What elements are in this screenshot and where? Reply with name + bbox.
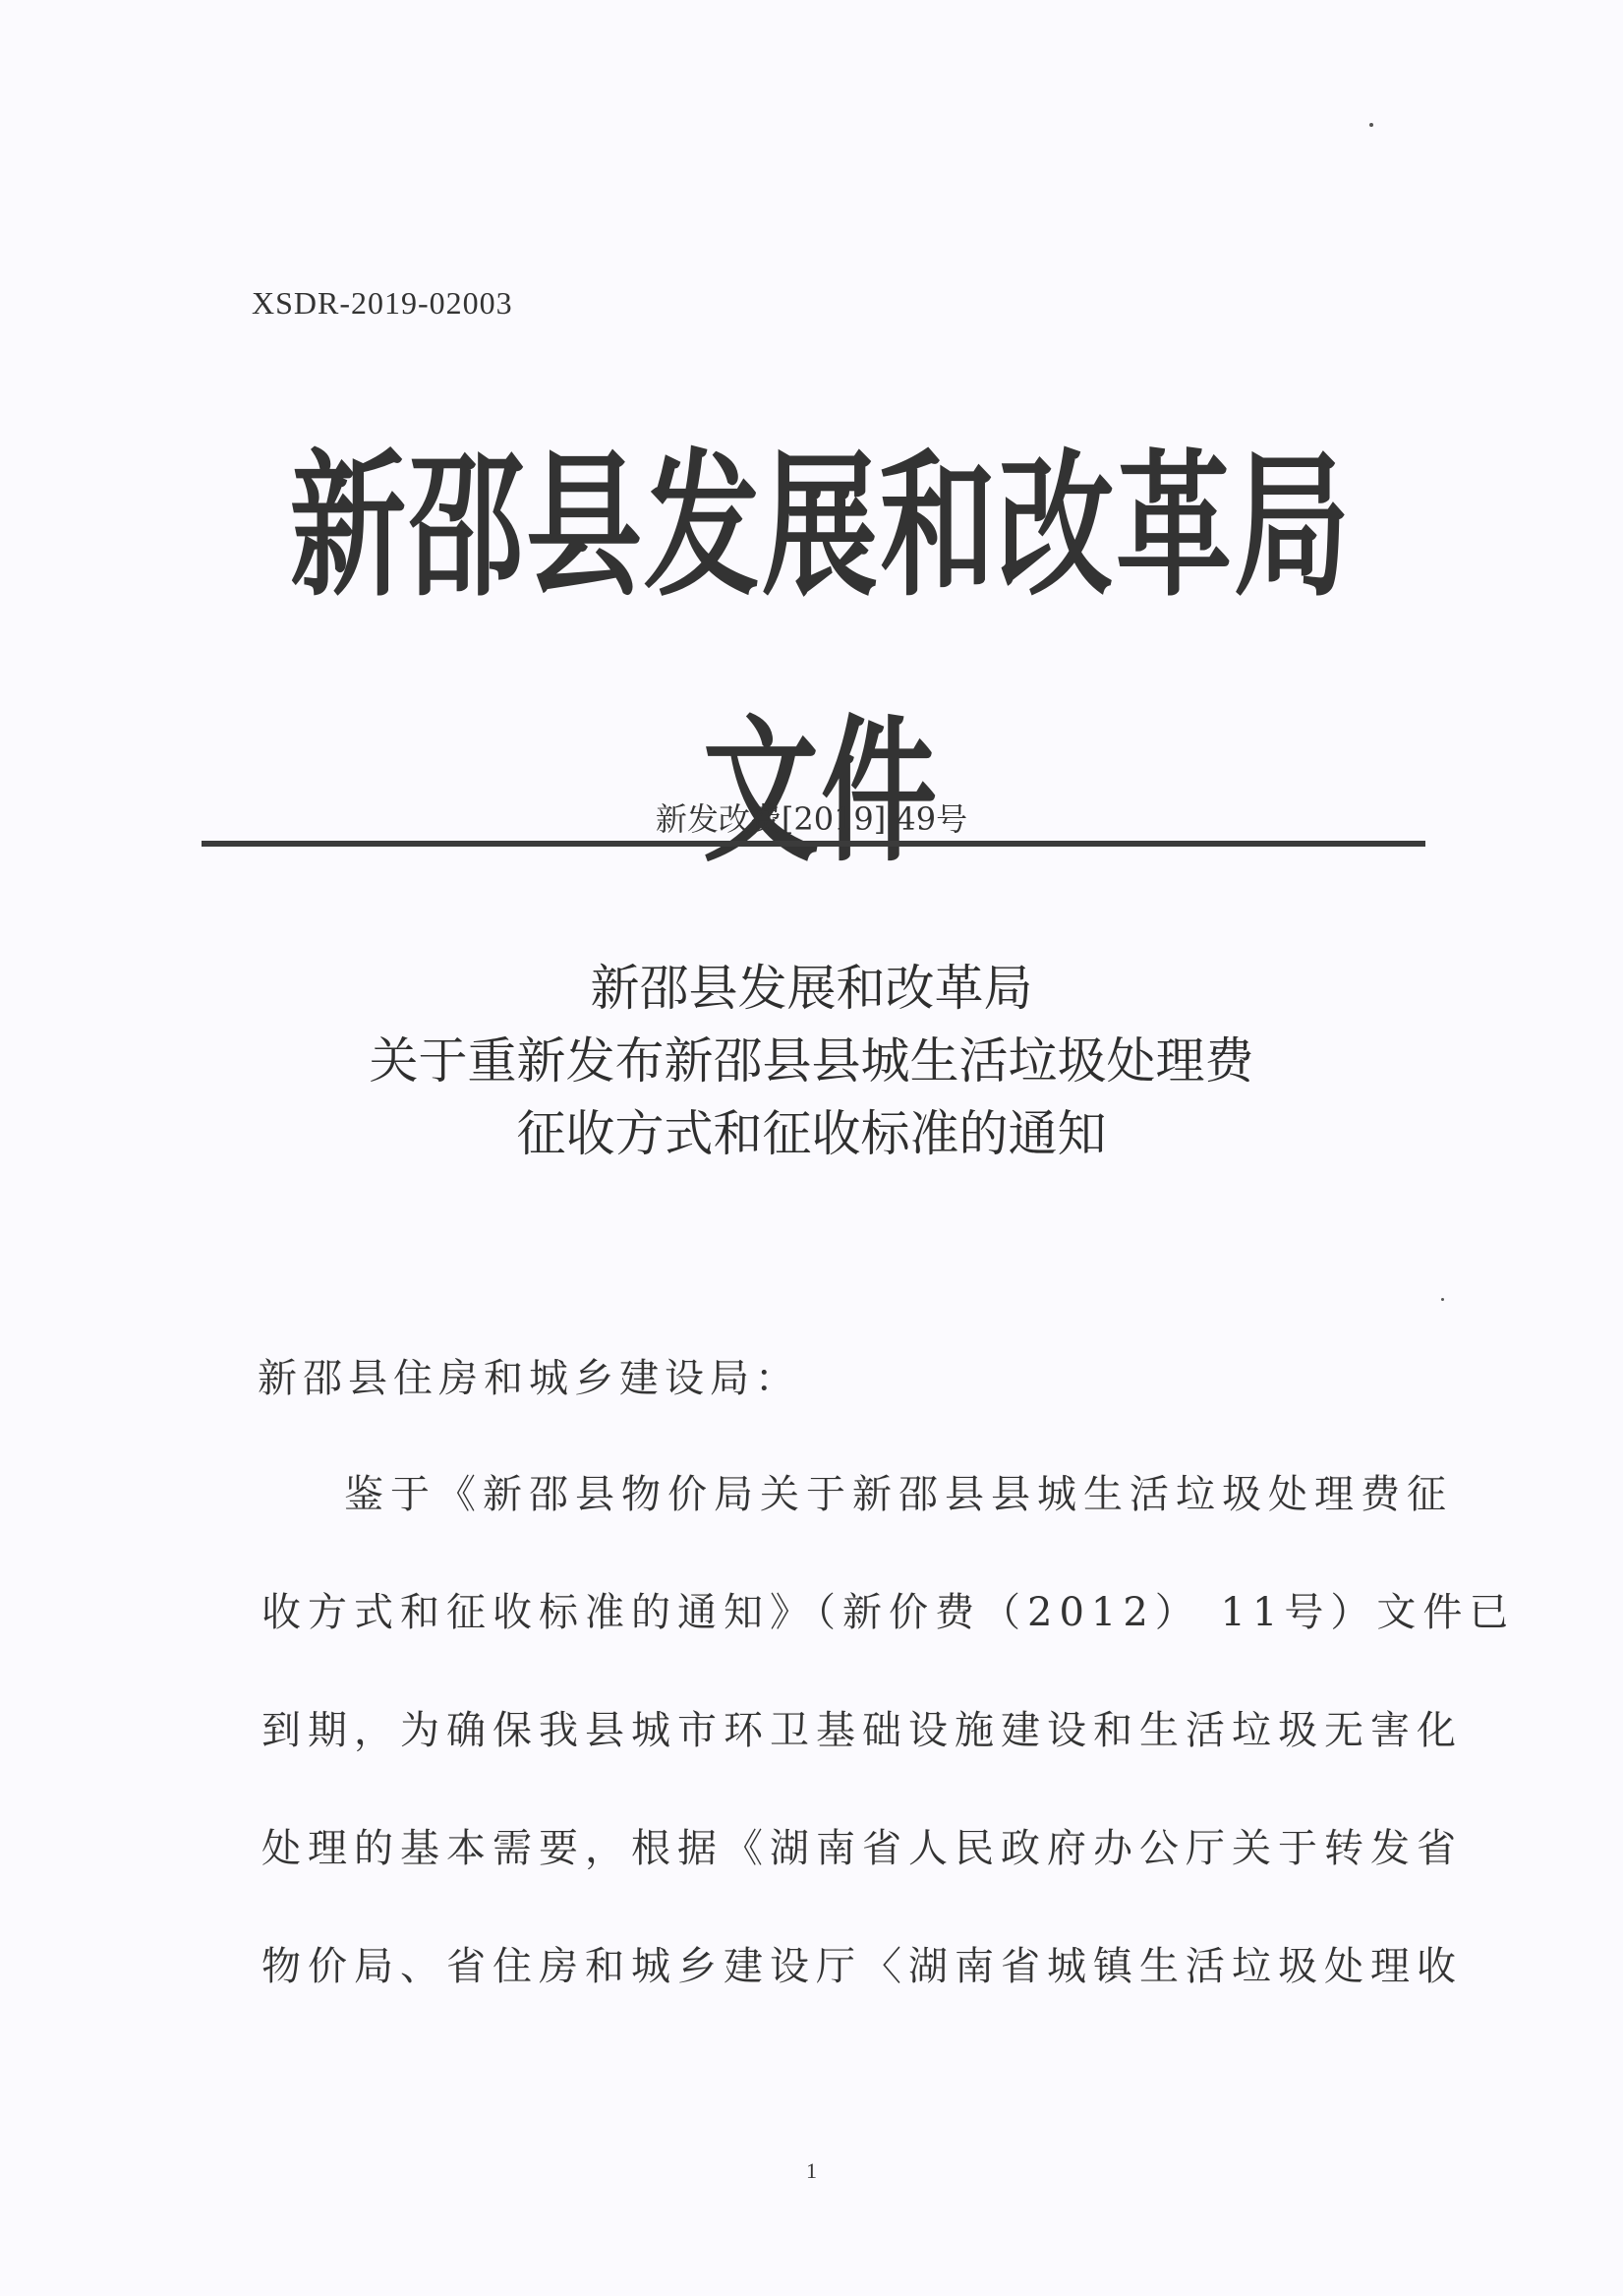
body-line: 鉴于《新邵县物价局关于新邵县县城生活垃圾处理费征 (261, 1465, 1392, 1583)
body-line: 物价局、省住房和城乡建设厅〈湖南省城镇生活垃圾处理收 (261, 1937, 1392, 2055)
document-number: 新发改费[2019] 49号 (0, 795, 1623, 840)
title-line: 新邵县发展和改革局 (0, 952, 1623, 1025)
title-line: 征收方式和征收标准的通知 (0, 1097, 1623, 1170)
title-line: 关于重新发布新邵县县城生活垃圾处理费 (0, 1025, 1623, 1097)
body-text: 鉴于《新邵县物价局关于新邵县县城生活垃圾处理费征 收方式和征收标准的通知》（新价… (261, 1465, 1392, 2055)
scan-speck (1369, 123, 1373, 127)
notice-title: 新邵县发展和改革局 关于重新发布新邵县县城生活垃圾处理费 征收方式和征收标准的通… (0, 952, 1623, 1170)
body-line: 收方式和征收标准的通知》（新价费（2012） 11号）文件已 (261, 1583, 1392, 1701)
page-number: 1 (0, 2158, 1623, 2184)
document-code: XSDR-2019-02003 (252, 285, 513, 322)
body-line: 到期，为确保我县城市环卫基础设施建设和生活垃圾无害化 (261, 1701, 1392, 1819)
body-line: 处理的基本需要，根据《湖南省人民政府办公厅关于转发省 (261, 1819, 1392, 1937)
scan-speck (1441, 1298, 1444, 1301)
document-page: XSDR-2019-02003 新邵县发展和改革局文件 新发改费[2019] 4… (0, 0, 1623, 2296)
header-divider (202, 841, 1425, 847)
addressee: 新邵县住房和城乡建设局： (258, 1347, 800, 1403)
